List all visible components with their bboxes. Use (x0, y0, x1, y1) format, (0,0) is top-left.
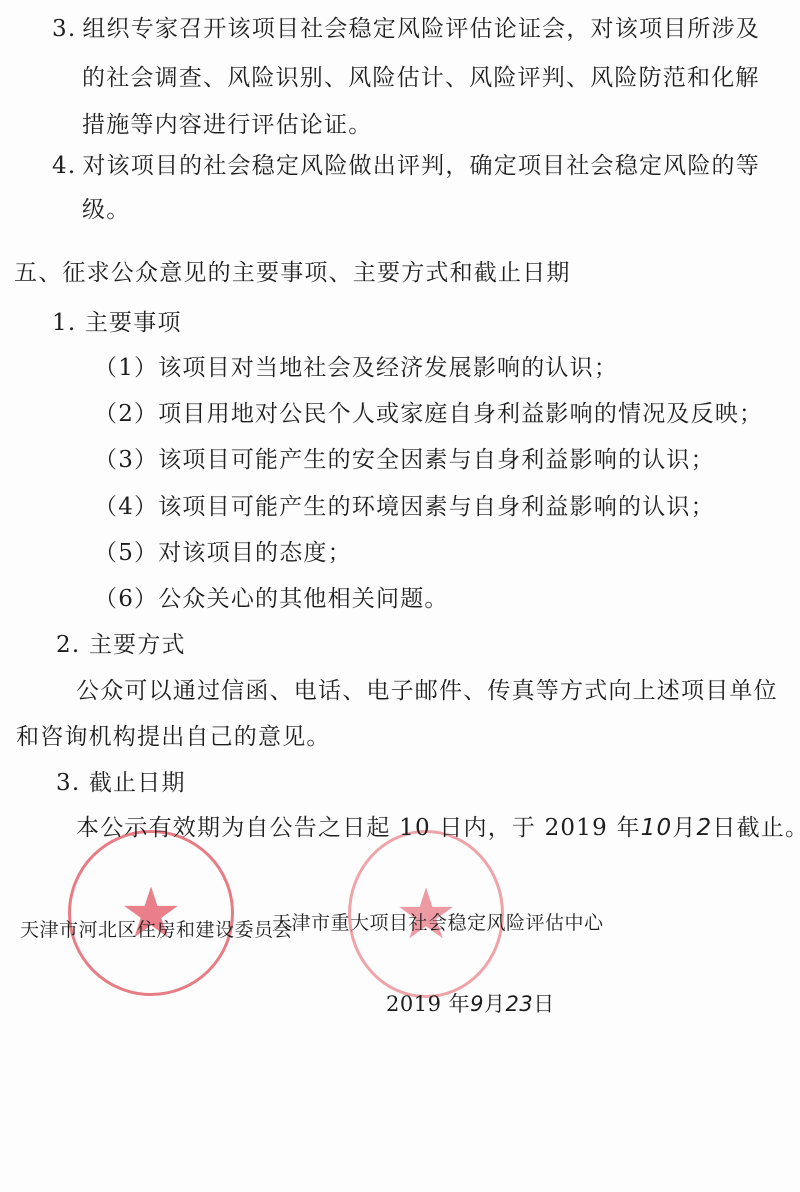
signature-date: 2019 年9月23日 (386, 988, 555, 1018)
method-line-2: 和咨询机构提出自己的意见。 (16, 722, 331, 752)
list-item-1: （1）该项目对当地社会及经济发展影响的认识； (94, 353, 618, 383)
deadline-text: 本公示有效期为自公告之日起 10 日内，于 2019 年 (76, 815, 641, 841)
handwritten-day: 23 (506, 992, 534, 1016)
handwritten-day: 2 (697, 815, 713, 841)
item-4-line-1: 4.对该项目的社会稳定风险做出评判，确定项目社会稳定风险的等 (52, 151, 760, 181)
subsection-3-title: 3. 截止日期 (56, 768, 186, 798)
left-official-seal: ★ (68, 830, 234, 996)
method-line-1: 公众可以通过信函、电话、电子邮件、传真等方式向上述项目单位 (76, 676, 778, 706)
handwritten-month: 9 (470, 992, 484, 1016)
handwritten-month: 10 (641, 815, 673, 841)
item-3-line-3: 措施等内容进行评估论证。 (82, 110, 372, 140)
list-item-4: （4）该项目可能产生的环境因素与自身利益影响的认识； (94, 492, 715, 522)
item-3-line-1: 3.组织专家召开该项目社会稳定风险评估论证会，对该项目所涉及 (52, 14, 760, 44)
left-signatory: 天津市河北区住房和建设委员会 (20, 915, 293, 942)
list-item-2: （2）项目用地对公民个人或家庭自身利益影响的情况及反映； (94, 399, 763, 429)
deadline-line: 本公示有效期为自公告之日起 10 日内，于 2019 年10月2日截止。 (76, 813, 800, 843)
subsection-1-title: 1. 主要事项 (52, 308, 182, 338)
month-label: 月 (672, 815, 696, 841)
month-label: 月 (484, 992, 506, 1016)
list-item-6: （6）公众关心的其他相关问题。 (94, 584, 449, 614)
section-heading: 五、征求公众意见的主要事项、主要方式和截止日期 (14, 258, 571, 288)
deadline-suffix: 日截止。 (712, 815, 800, 841)
list-item-3: （3）该项目可能产生的安全因素与自身利益影响的认识； (94, 445, 715, 475)
item-number: 4. (52, 151, 76, 181)
subsection-2-title: 2. 主要方式 (56, 630, 186, 660)
date-year: 2019 年 (386, 992, 470, 1016)
day-label: 日 (533, 992, 555, 1016)
list-item-5: （5）对该项目的态度； (94, 538, 352, 568)
item-3-line-2: 的社会调查、风险识别、风险估计、风险评判、风险防范和化解 (82, 63, 760, 93)
item-text: 组织专家召开该项目社会稳定风险评估论证会，对该项目所涉及 (82, 16, 760, 42)
item-text: 对该项目的社会稳定风险做出评判，确定项目社会稳定风险的等 (82, 153, 760, 179)
item-number: 3. (52, 14, 76, 44)
right-signatory: 天津市重大项目社会稳定风险评估中心 (272, 908, 604, 935)
item-4-line-2: 级。 (82, 195, 130, 225)
